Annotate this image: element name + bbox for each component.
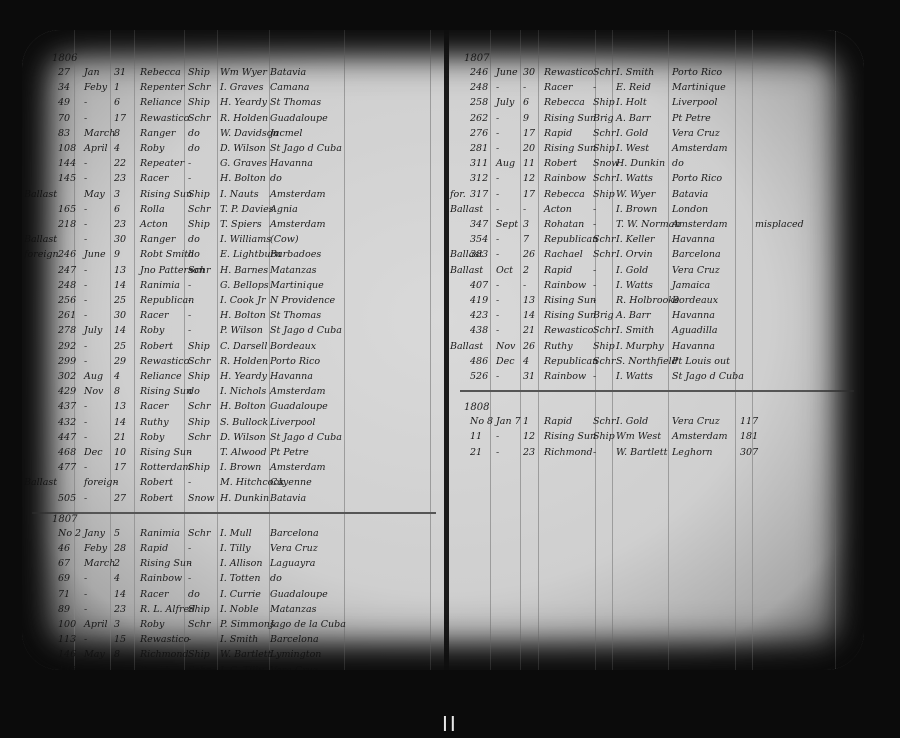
- cell-month: -: [496, 431, 499, 442]
- cell-day: 8: [114, 128, 120, 139]
- cell-vessel: Rachael: [544, 249, 583, 260]
- cell-rig: -: [188, 295, 191, 306]
- cell-vessel: Ranimia: [140, 528, 180, 539]
- cell-rig: do: [188, 386, 200, 397]
- cell-no: 505: [58, 493, 76, 504]
- ledger-row: 248-14Ranimia-G. BellopsMartinique: [22, 280, 446, 295]
- cell-day: 26: [523, 341, 535, 352]
- right-page: 1807246June30RewasticoSchrI. SmithPorto …: [450, 30, 864, 670]
- cell-no: 71: [58, 589, 70, 600]
- cell-vessel: Ranger: [140, 234, 175, 245]
- cell-master: E. Reid: [616, 82, 651, 93]
- cell-master: H. Dunkin: [616, 158, 665, 169]
- ledger-row: 100April3RobySchrP. SimmonsJago de la Cu…: [22, 619, 446, 634]
- ledger-row: 447-21RobySchrD. WilsonSt Jago d Cuba: [22, 432, 446, 447]
- cell-destination: St Jago d Cuba: [270, 432, 342, 443]
- cell-vessel: Acton: [140, 219, 168, 230]
- cell-month: -: [84, 573, 87, 584]
- cell-destination: Amsterdam: [672, 431, 727, 442]
- cell-day: 2: [523, 265, 529, 276]
- ledger-row: 67March2Rising Sun-I. AllisonLaguayra: [22, 558, 446, 573]
- ledger-row: 165-6RollaSchrT. P. DaviesAgnia: [22, 204, 446, 219]
- cell-note: Ballast: [450, 265, 483, 276]
- cell-day: 13: [523, 295, 535, 306]
- cell-month: -: [84, 280, 87, 291]
- ledger-row: 383-26RachaelSchrI. OrvinBarcelonaBallas…: [450, 249, 864, 264]
- cell-master: I. Orvin: [616, 249, 653, 260]
- ledger-row: 258July6RebeccaShipI. HoltLiverpool: [450, 97, 864, 112]
- cell-destination: Liverpool: [672, 97, 717, 108]
- cell-destination: Amsterdam: [672, 143, 727, 154]
- cell-day: 8: [114, 649, 120, 660]
- cell-rig: Schr: [593, 173, 616, 184]
- cell-destination: Jago de la Cuba: [270, 619, 346, 630]
- cell-rig: -: [188, 573, 191, 584]
- section-divider: [460, 390, 854, 392]
- cell-day: -: [523, 204, 526, 215]
- cell-rig: Ship: [188, 97, 210, 108]
- cell-month: -: [84, 432, 87, 443]
- cell-vessel: Rising Sun: [140, 189, 192, 200]
- ledger-row: 69-4Rainbow-I. Tottendo: [22, 573, 446, 588]
- cell-day: 3: [114, 619, 120, 630]
- cell-day: 4: [114, 573, 120, 584]
- cell-destination: Batavia: [672, 189, 708, 200]
- cell-month: March: [84, 558, 115, 569]
- cell-no: 108: [58, 143, 76, 154]
- cell-vessel: Rapid: [544, 416, 572, 427]
- cell-no: 248: [470, 82, 488, 93]
- ledger-row: 108April4RobydoD. WilsonSt Jago d Cuba: [22, 143, 446, 158]
- cell-day: 14: [114, 589, 126, 600]
- cell-day: 1: [523, 416, 529, 427]
- cell-destination: Havanna: [672, 234, 715, 245]
- cell-vessel: Racer: [544, 82, 573, 93]
- cell-note: Ballast: [24, 234, 57, 245]
- year-heading: 1807: [464, 53, 489, 64]
- ledger-row: 354-7RepublicanSchrI. KellerHavanna: [450, 234, 864, 249]
- cell-master: T. W. Norman: [616, 219, 681, 230]
- cell-master: D. Wilson: [220, 432, 266, 443]
- cell-rig: Ship: [593, 97, 615, 108]
- cell-month: Feby: [84, 82, 107, 93]
- cell-destination: Havanna: [672, 310, 715, 321]
- cell-day: 22: [114, 158, 126, 169]
- cell-destination: Jamaica: [672, 280, 710, 291]
- cell-destination: do: [672, 158, 684, 169]
- cell-master: I. Murphy: [616, 341, 664, 352]
- cell-no: 247: [58, 265, 76, 276]
- cell-vessel: Rewastico: [140, 356, 189, 367]
- ledger-row: 278July14Roby-P. WilsonSt Jago d Cuba: [22, 325, 446, 340]
- cell-rig: -: [593, 295, 596, 306]
- cell-destination: St Thomas: [270, 310, 321, 321]
- cell-destination: N Providence: [270, 295, 335, 306]
- cell-vessel: Ranger: [140, 128, 175, 139]
- cell-vessel: Robert: [140, 477, 173, 488]
- cell-no: 299: [58, 356, 76, 367]
- cell-month: -: [496, 310, 499, 321]
- cell-month: Dec: [84, 447, 103, 458]
- cell-master: Wm Wyer: [220, 67, 267, 78]
- ledger-row: 146May8RichmondShipW. BartlettLymington: [22, 649, 446, 664]
- cell-vessel: Republican: [140, 295, 194, 306]
- cell-destination: Martinique: [270, 280, 324, 291]
- cell-vessel: Rainbow: [140, 573, 182, 584]
- cell-rig: Ship: [188, 67, 210, 78]
- ledger-row: foreign-Robert-M. HitchcockCayenneBallas…: [22, 477, 446, 492]
- ledger-row: 505-27RobertSnowH. DunkinBatavia: [22, 493, 446, 508]
- cell-day: -: [114, 477, 117, 488]
- cell-no: 317: [470, 189, 488, 200]
- cell-master: D. Wilson: [220, 143, 266, 154]
- cell-destination: Martinique: [672, 82, 726, 93]
- cell-rig: -: [593, 371, 596, 382]
- cell-day: 14: [523, 310, 535, 321]
- cell-rig: Schr: [593, 416, 616, 427]
- cell-master: A. Barr: [616, 310, 651, 321]
- ledger-row: 247-13Jno PattersonSchrH. BarnesMatanzas: [22, 265, 446, 280]
- cell-master: I. Graves: [220, 82, 263, 93]
- cell-day: 4: [114, 371, 120, 382]
- cell-no: 256: [58, 295, 76, 306]
- cell-month: -: [496, 295, 499, 306]
- cell-master: I. Williams: [220, 234, 271, 245]
- cell-no: 468: [58, 447, 76, 458]
- cell-destination: Bordeaux: [672, 295, 718, 306]
- ledger-row: 312-12RainbowSchrI. WattsPorto Rico: [450, 173, 864, 188]
- cell-vessel: Rewastico: [544, 67, 593, 78]
- cell-master: I. West: [616, 143, 649, 154]
- ledger-row: 21-23Richmond-W. BartlettLeghorn307: [450, 447, 864, 462]
- cell-day: 6: [114, 97, 120, 108]
- cell-vessel: Racer: [140, 589, 169, 600]
- cell-month: -: [84, 113, 87, 124]
- cell-rig: -: [188, 325, 191, 336]
- cell-day: 31: [114, 67, 126, 78]
- cell-master: I. Allison: [220, 558, 262, 569]
- ledger-row: 248--Racer-E. ReidMartinique: [450, 82, 864, 97]
- cell-destination: Cayenne: [270, 477, 312, 488]
- cell-no: 407: [470, 280, 488, 291]
- cell-rig: Schr: [188, 401, 211, 412]
- cell-destination: St Jago d Cuba: [270, 143, 342, 154]
- cell-day: 1: [114, 82, 120, 93]
- cell-day: 27: [114, 493, 126, 504]
- cell-day: 3: [523, 219, 529, 230]
- ledger-row: 144-22Repeater-G. GravesHavanna: [22, 158, 446, 173]
- page-gutter: [444, 30, 449, 670]
- cell-vessel: Rotterdam: [140, 462, 191, 473]
- cell-destination: Amsterdam: [270, 386, 325, 397]
- cell-month: -: [496, 173, 499, 184]
- cell-no: 302: [58, 371, 76, 382]
- cell-no: 146: [58, 649, 76, 660]
- cell-destination: Guadaloupe: [270, 589, 328, 600]
- ledger-row: 468Dec10Rising Sun-T. AlwoodPt Petre: [22, 447, 446, 462]
- cell-master: I. C. Tilly: [220, 665, 264, 670]
- cell-vessel: Republican: [544, 356, 598, 367]
- cell-month: Aug: [496, 158, 515, 169]
- cell-day: 14: [114, 325, 126, 336]
- cell-month: Jan 7: [496, 416, 521, 427]
- cell-destination: Pt Petre: [672, 113, 711, 124]
- cell-master: I. Currie: [220, 589, 261, 600]
- cell-month: -: [496, 280, 499, 291]
- ledger-row: 246June30RewasticoSchrI. SmithPorto Rico: [450, 67, 864, 82]
- cell-month: -: [84, 204, 87, 215]
- cell-day: 28: [114, 543, 126, 554]
- cell-month: Nov: [84, 386, 103, 397]
- cell-no: 278: [58, 325, 76, 336]
- cell-note: Ballast: [450, 341, 483, 352]
- cell-master: G. Bellops: [220, 280, 269, 291]
- cell-rig: Snow: [188, 493, 214, 504]
- cell-rig: -: [188, 173, 191, 184]
- cell-no: 347: [470, 219, 488, 230]
- cell-month: -: [84, 234, 87, 245]
- cell-day: 31: [523, 371, 535, 382]
- cell-vessel: Rapid: [544, 265, 572, 276]
- cell-vessel: Roby: [140, 432, 164, 443]
- cell-destination: (Cow): [270, 234, 299, 245]
- cell-no: 83: [58, 128, 70, 139]
- cell-vessel: Rising Sun: [544, 143, 596, 154]
- cell-destination: Agnia: [270, 204, 298, 215]
- cell-month: April: [84, 619, 108, 630]
- cell-vessel: Repeater: [140, 158, 184, 169]
- ledger-row: 261-30Racer-H. BoltonSt Thomas: [22, 310, 446, 325]
- cell-master: I. Gold: [616, 265, 648, 276]
- cell-month: -: [84, 158, 87, 169]
- left-page: 180627Jan31RebeccaShipWm WyerBatavia34Fe…: [22, 30, 446, 670]
- cell-month: June: [84, 249, 106, 260]
- cell-day: 12: [523, 431, 535, 442]
- cell-no: 292: [58, 341, 76, 352]
- cell-master: H. Bolton: [220, 401, 266, 412]
- ledger-row: 71-14RacerdoI. CurrieGuadaloupe: [22, 589, 446, 604]
- cell-month: April: [84, 143, 108, 154]
- cell-rig: Ship: [188, 417, 210, 428]
- cell-destination: Amsterdam: [270, 219, 325, 230]
- cell-day: 14: [114, 280, 126, 291]
- cell-destination: Leghorn: [672, 447, 713, 458]
- cell-rig: Schr: [188, 665, 211, 670]
- cell-destination: Vera Cruz: [672, 416, 720, 427]
- cell-vessel: Rewastico: [544, 325, 593, 336]
- cell-rig: Schr: [188, 82, 211, 93]
- cell-rig: -: [593, 219, 596, 230]
- cell-vessel: Rapid: [544, 128, 572, 139]
- cell-master: C. Darsell: [220, 341, 267, 352]
- cell-month: -: [84, 417, 87, 428]
- cell-destination: Vera Cruz: [672, 128, 720, 139]
- cell-vessel: Robert: [140, 341, 173, 352]
- cell-rig: Ship: [593, 431, 615, 442]
- cell-rig: Ship: [188, 649, 210, 660]
- cell-no: 281: [470, 143, 488, 154]
- cell-vessel: Rapid: [140, 665, 168, 670]
- cell-no: 438: [470, 325, 488, 336]
- cell-no: 311: [470, 158, 488, 169]
- cell-vessel: Rising Sun: [544, 113, 596, 124]
- ledger-row: Nov26RuthyShipI. MurphyHavannaBallast: [450, 341, 864, 356]
- cell-rig: do: [188, 143, 200, 154]
- ledger-row: 347Sept3Rohatan-T. W. NormanAmsterdammis…: [450, 219, 864, 234]
- cell-rig: Ship: [188, 219, 210, 230]
- cell-month: -: [84, 462, 87, 473]
- cell-no: 526: [470, 371, 488, 382]
- cell-destination: Camana: [270, 82, 309, 93]
- cell-master: I. Holt: [616, 97, 647, 108]
- cell-day: 25: [114, 341, 126, 352]
- cell-no: 67: [58, 558, 70, 569]
- cell-month: -: [84, 219, 87, 230]
- cell-rig: Schr: [188, 265, 211, 276]
- cell-rig: Schr: [188, 204, 211, 215]
- cell-destination: Havanna: [270, 371, 313, 382]
- cell-vessel: Ruthy: [544, 341, 573, 352]
- cell-month: -: [496, 143, 499, 154]
- cell-master: I. Nauts: [220, 189, 259, 200]
- cell-month: July: [496, 97, 514, 108]
- cell-master: I. Nichols: [220, 386, 266, 397]
- cell-master: I. Mull: [220, 528, 252, 539]
- cell-no: 477: [58, 462, 76, 473]
- cell-destination: Vera Cruz: [672, 265, 720, 276]
- cell-day: 6: [523, 97, 529, 108]
- cell-day: 10: [114, 447, 126, 458]
- cell-vessel: Repenter: [140, 82, 185, 93]
- cell-rig: Ship: [188, 341, 210, 352]
- cell-month: Feby: [84, 543, 107, 554]
- cell-destination: Amsterdam: [672, 219, 727, 230]
- cell-day: 2: [114, 558, 120, 569]
- ledger-row: 113-15Rewastico-I. SmithBarcelona: [22, 634, 446, 649]
- cell-rig: do: [188, 234, 200, 245]
- ledger-row: 256-25Republican-I. Cook JrN Providence: [22, 295, 446, 310]
- ledger-row: 27Jan31RebeccaShipWm WyerBatavia: [22, 67, 446, 82]
- cell-rig: Ship: [188, 462, 210, 473]
- ledger-row: -30RangerdoI. Williams(Cow)Ballast: [22, 234, 446, 249]
- ledger-row: 437-13RacerSchrH. BoltonGuadaloupe: [22, 401, 446, 416]
- cell-day: -: [523, 280, 526, 291]
- cell-no: 312: [470, 173, 488, 184]
- cell-rig: -: [188, 477, 191, 488]
- cell-no: 419: [470, 295, 488, 306]
- cell-vessel: Rebecca: [140, 67, 181, 78]
- cell-destination: Barcelona: [270, 528, 319, 539]
- ledger-row: 438-21RewasticoSchrI. SmithAguadilla: [450, 325, 864, 340]
- cell-master: W. Bartlett: [616, 447, 667, 458]
- ledger-row: 262-9Rising SunBrigA. BarrPt Petre: [450, 113, 864, 128]
- ledger-scan: 180627Jan31RebeccaShipWm WyerBatavia34Fe…: [22, 30, 864, 670]
- cell-no: 113: [58, 634, 76, 645]
- cell-destination: Liverpool: [270, 417, 315, 428]
- ledger-row: 34Feby1RepenterSchrI. GravesCamana: [22, 82, 446, 97]
- cell-vessel: Rising Sun: [544, 431, 596, 442]
- cell-month: Dec: [496, 356, 515, 367]
- cell-master: S. Bullock: [220, 417, 268, 428]
- cell-destination: St Thomas: [270, 97, 321, 108]
- cell-no: 165: [58, 204, 76, 215]
- cell-rig: -: [188, 447, 191, 458]
- cell-day: 3: [114, 189, 120, 200]
- cell-rig: Schr: [188, 528, 211, 539]
- cell-rig: Schr: [593, 356, 616, 367]
- cell-destination: Porto Rico: [672, 67, 722, 78]
- cell-month: -: [496, 447, 499, 458]
- cell-rig: do: [188, 589, 200, 600]
- ledger-row: 419-13Rising Sun-R. HolbrookeBordeaux: [450, 295, 864, 310]
- cell-no: 248: [58, 280, 76, 291]
- cell-destination: Lymington: [270, 649, 321, 660]
- cell-destination: Havanna: [270, 158, 313, 169]
- cell-day: 7: [523, 234, 529, 245]
- cell-rig: do: [188, 249, 200, 260]
- ledger-row: No 2Jany5RanimiaSchrI. MullBarcelona: [22, 528, 446, 543]
- cell-destination: Vera Cruz: [270, 665, 318, 670]
- cell-tonnage: 181: [740, 431, 758, 442]
- cell-master: W. Bartlett: [220, 649, 271, 660]
- cell-master: I. Gold: [616, 416, 648, 427]
- ledger-row: 423-14Rising SunBrigA. BarrHavanna: [450, 310, 864, 325]
- cell-master: H. Dunkin: [220, 493, 269, 504]
- cell-note: foreign: [24, 249, 59, 260]
- cell-vessel: Racer: [140, 173, 169, 184]
- cell-master: Wm West: [616, 431, 661, 442]
- cell-vessel: Rising Sun: [544, 310, 596, 321]
- cell-destination: Matanzas: [270, 265, 317, 276]
- cell-day: 12: [523, 173, 535, 184]
- cell-vessel: Roby: [140, 325, 164, 336]
- ledger-row: 477-17RotterdamShipI. BrownAmsterdam: [22, 462, 446, 477]
- cell-rig: -: [188, 310, 191, 321]
- cell-month: -: [84, 265, 87, 276]
- cell-vessel: Rebecca: [544, 189, 585, 200]
- cell-destination: Porto Rico: [672, 173, 722, 184]
- cell-destination: London: [672, 204, 708, 215]
- cell-destination: Barcelona: [672, 249, 721, 260]
- ledger-row: 432-14RuthyShipS. BullockLiverpool: [22, 417, 446, 432]
- cell-month: May: [84, 189, 105, 200]
- cell-note: Ballast: [450, 249, 483, 260]
- cell-master: R. Holden: [220, 113, 268, 124]
- cell-master: G. Graves: [220, 158, 267, 169]
- cell-vessel: Rising Sun: [544, 295, 596, 306]
- cell-destination: Barcelona: [270, 634, 319, 645]
- ledger-row: 486Dec4RepublicanSchrS. NorthfieldPt Lou…: [450, 356, 864, 371]
- cell-no: 100: [58, 619, 76, 630]
- cell-rig: Ship: [188, 189, 210, 200]
- cell-month: -: [84, 173, 87, 184]
- cell-destination: Vera Cruz: [270, 543, 318, 554]
- cell-rig: Schr: [593, 128, 616, 139]
- cell-no: 246: [58, 249, 76, 260]
- cell-vessel: Robert: [544, 158, 577, 169]
- cell-master: A. Barr: [616, 113, 651, 124]
- cell-day: 13: [114, 265, 126, 276]
- cell-no: 148: [58, 665, 76, 670]
- cell-destination: Bordeaux: [270, 341, 316, 352]
- cell-day: 17: [523, 128, 535, 139]
- cell-vessel: Rewastico: [140, 634, 189, 645]
- cell-rig: Schr: [188, 356, 211, 367]
- cell-vessel: R. L. Alfred: [140, 604, 195, 615]
- cell-month: -: [84, 97, 87, 108]
- cell-master: I. Totten: [220, 573, 261, 584]
- ledger-row: No 8Jan 71RapidSchrI. GoldVera Cruz117: [450, 416, 864, 431]
